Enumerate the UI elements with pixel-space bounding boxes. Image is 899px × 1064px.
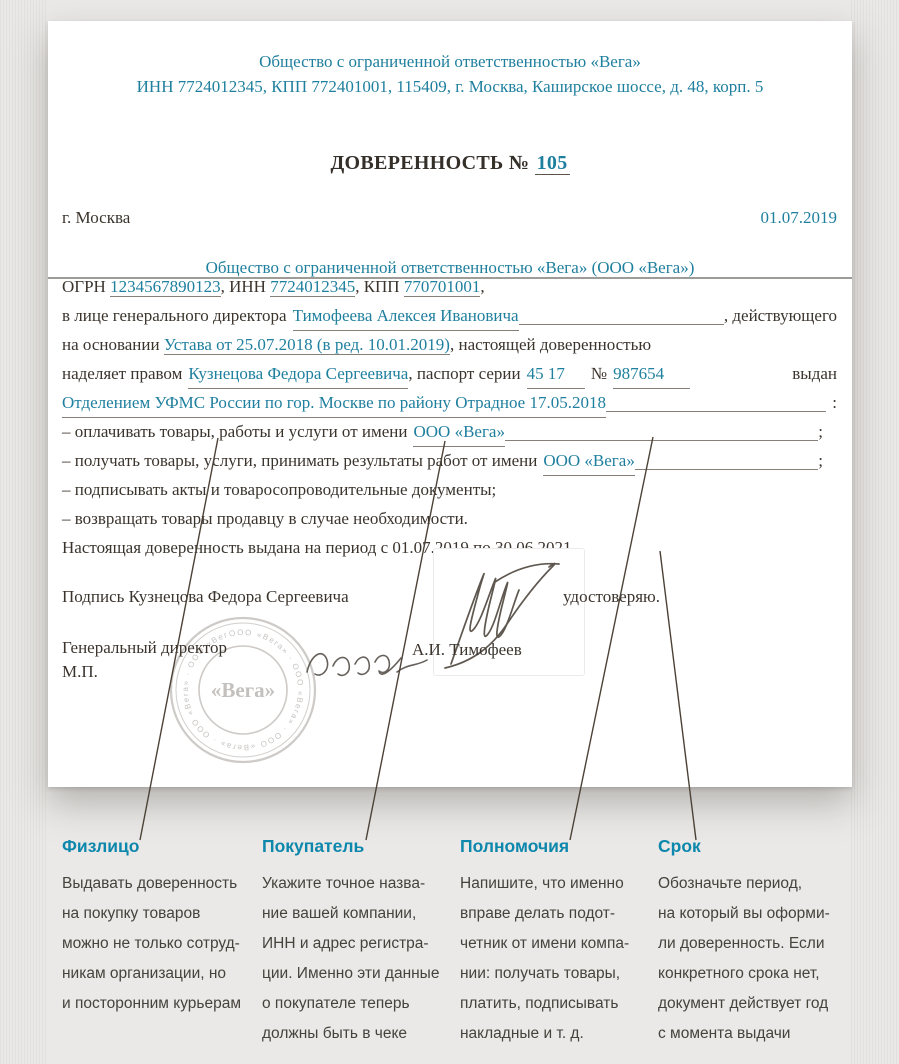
issuer-tail: : (832, 388, 837, 417)
power-item-4: – возвращать товары продавцу в случае не… (62, 504, 837, 533)
passport-label: , паспорт серии (408, 359, 520, 388)
annotation-individual: Физлицо Выдавать доверенность на покупку… (62, 836, 267, 1019)
power-item-3: – подписывать акты и товаросопроводитель… (62, 475, 837, 504)
place-date-row: г. Москва 01.07.2019 (62, 208, 837, 228)
basis-line: на основании Устава от 25.07.2018 (в ред… (62, 330, 837, 359)
background-texture-left (0, 0, 48, 1064)
annotation-text: Выдавать доверенность на покупку товаров… (62, 869, 267, 1019)
company-name-header: Общество с ограниченной ответственностью… (48, 52, 852, 72)
blank-underline (519, 301, 724, 325)
power-item-2: – получать товары, услуги, принимать рез… (62, 446, 837, 475)
stamp-center-text: «Вега» (211, 678, 275, 702)
passport-series-field: 45 17 (527, 359, 585, 389)
company-requisites-header: ИНН 7724012345, КПП 772401001, 115409, г… (48, 77, 852, 97)
date-field: 01.07.2019 (761, 208, 838, 228)
requisites-tail: , (480, 277, 484, 296)
director-name-field: Тимофеева Алексея Ивановича (293, 301, 519, 331)
issuer-line: Отделением УФМС России по гор. Москве по… (62, 388, 837, 417)
document-body: ОГРН 1234567890123, ИНН 7724012345, КПП … (62, 272, 837, 562)
power-2-field: ООО «Вега» (543, 446, 634, 476)
requisites-line: ОГРН 1234567890123, ИНН 7724012345, КПП … (62, 272, 837, 301)
place-label: г. Москва (62, 208, 130, 228)
attest-line: Подпись Кузнецова Федора Сергеевича (62, 587, 349, 607)
document-title: ДОВЕРЕННОСТЬ № 105 (48, 152, 852, 175)
power-1-tail: ; (818, 417, 823, 446)
basis-post: , настоящей доверенностью (450, 335, 651, 354)
annotation-title: Срок (658, 836, 863, 857)
annotation-powers: Полномочия Напишите, что именно вправе д… (460, 836, 665, 1049)
ogrn-label: ОГРН (62, 277, 110, 296)
power-1-text: – оплачивать товары, работы и услуги от … (62, 417, 407, 446)
ogrn-field: 1234567890123 (110, 277, 221, 297)
annotation-title: Физлицо (62, 836, 267, 857)
annotation-term: Срок Обозначьте период, на который вы оф… (658, 836, 863, 1049)
attorney-name-field: Кузнецова Федора Сергеевича (188, 359, 408, 389)
basis-field: Устава от 25.07.2018 (в ред. 10.01.2019) (164, 335, 450, 355)
annotation-title: Полномочия (460, 836, 665, 857)
blank-underline (505, 417, 818, 441)
basis-pre: на основании (62, 335, 164, 354)
annotation-text: Напишите, что именно вправе делать подот… (460, 869, 665, 1049)
inn-field: 7724012345 (270, 277, 355, 297)
annotation-title: Покупатель (262, 836, 467, 857)
signer-title: Генеральный директор (62, 638, 227, 658)
passport-number-field: 987654 (613, 359, 690, 389)
blank-underline (635, 446, 818, 470)
director-line: в лице генерального директора Тимофеева … (62, 301, 837, 330)
document-page: Общество с ограниченной ответственностью… (48, 21, 852, 787)
director-post: , действующего (724, 301, 837, 330)
signer-name: А.И. Тимофеев (412, 640, 522, 660)
power-item-1: – оплачивать товары, работы и услуги от … (62, 417, 837, 446)
inn-label: , ИНН (221, 277, 271, 296)
kpp-label: , КПП (355, 277, 404, 296)
seal-mark-label: М.П. (62, 662, 98, 682)
annotation-text: Укажите точное назва- ние вашей компании… (262, 869, 467, 1049)
annotation-text: Обозначьте период, на который вы оформи-… (658, 869, 863, 1049)
issued-label: выдан (792, 359, 837, 388)
power-2-text: – получать товары, услуги, принимать рез… (62, 446, 537, 475)
blank-underline (606, 388, 826, 412)
power-1-field: ООО «Вега» (413, 417, 504, 447)
power-2-tail: ; (818, 446, 823, 475)
director-pre: в лице генерального директора (62, 301, 287, 330)
title-label: ДОВЕРЕННОСТЬ № (331, 152, 530, 174)
attorney-pre: наделяет правом (62, 359, 182, 388)
annotation-buyer: Покупатель Укажите точное назва- ние ваш… (262, 836, 467, 1049)
attorney-line: наделяет правом Кузнецова Федора Сергеев… (62, 359, 837, 388)
passport-no-label: № (591, 359, 607, 388)
attest-certify-label: удостоверяю. (563, 587, 660, 607)
kpp-field: 770701001 (404, 277, 481, 297)
document-number-field: 105 (535, 152, 570, 175)
issuer-field: Отделением УФМС России по гор. Москве по… (62, 388, 606, 418)
